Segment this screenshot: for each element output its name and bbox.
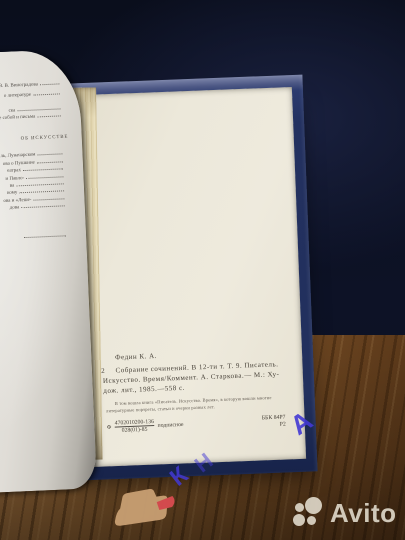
- imprint-denominator: 028(01)-85: [115, 425, 155, 434]
- bbk-line-2: Р2: [246, 421, 286, 430]
- bib-line-3: дож. лит., 1985.—558 с.: [103, 384, 185, 395]
- bbk-classification: ББК 84Р7 Р2: [245, 414, 286, 430]
- dotted-leader: [19, 190, 64, 193]
- toc-entry: дова: [10, 202, 65, 210]
- toc-entry: еатрах: [7, 165, 63, 173]
- author-line: Федин К. А.: [115, 352, 157, 362]
- toc-entry: ана В. В. Виноградова: [0, 80, 59, 89]
- dotted-leader: [23, 168, 63, 171]
- imprint-suffix: подписное: [157, 422, 183, 429]
- avito-watermark: Avito: [292, 495, 397, 531]
- toc-entry: о литературе: [4, 90, 60, 98]
- avito-dots-icon: [292, 495, 326, 531]
- toc-entry: кому: [7, 187, 64, 195]
- dotted-leader: [21, 205, 64, 208]
- title-page-text: Федин К. А. Ф32 Собрание сочинений. В 12…: [74, 87, 306, 467]
- toc-entry: ее собой и письма: [0, 112, 61, 120]
- dotted-leader: [16, 183, 63, 186]
- dotted-leader: [37, 161, 63, 163]
- imprint-fraction: 4702010200-136 028(01)-85: [115, 419, 155, 435]
- toc-entry: [22, 235, 66, 239]
- dotted-leader: [17, 108, 60, 111]
- avito-label: Avito: [330, 500, 397, 526]
- dotted-leader: [26, 176, 63, 179]
- title-page: Федин К. А. Ф32 Собрание сочинений. В 12…: [74, 87, 306, 467]
- dotted-leader: [33, 93, 60, 95]
- dotted-leader: [37, 115, 61, 117]
- dotted-leader: [40, 83, 59, 85]
- imprint-prefix: Ф: [107, 424, 112, 430]
- imprint-formula: Ф 4702010200-136 028(01)-85 подписное: [106, 417, 183, 434]
- photo: Федин К. А. Ф32 Собрание сочинений. В 12…: [0, 0, 405, 540]
- toc-section-heading: ОБ ИСКУССТВЕ: [21, 134, 69, 141]
- dotted-leader: [33, 198, 64, 200]
- dotted-leader: [24, 235, 66, 238]
- toc-entry: ль, Луначарском: [0, 150, 62, 158]
- seller-logo-watermark: [107, 482, 182, 531]
- dotted-leader: [37, 153, 62, 155]
